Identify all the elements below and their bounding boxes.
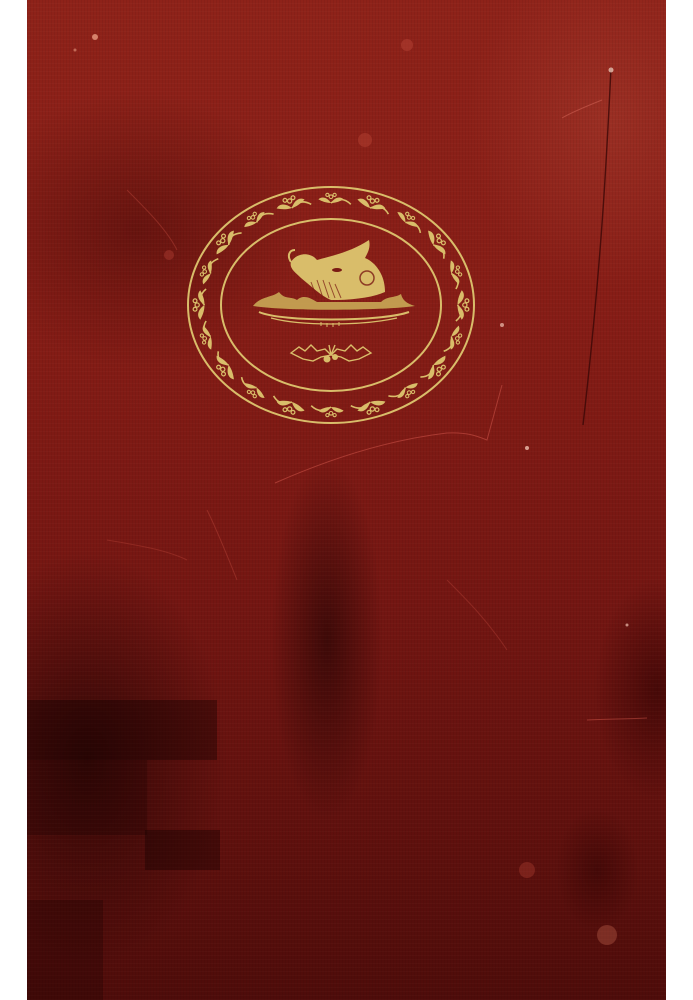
book-cover: [27, 0, 666, 1000]
boar-head-icon: [253, 240, 415, 327]
page: [0, 0, 693, 1000]
holly-sprig-icon: [291, 345, 371, 363]
gilt-vignette: [27, 0, 666, 1000]
